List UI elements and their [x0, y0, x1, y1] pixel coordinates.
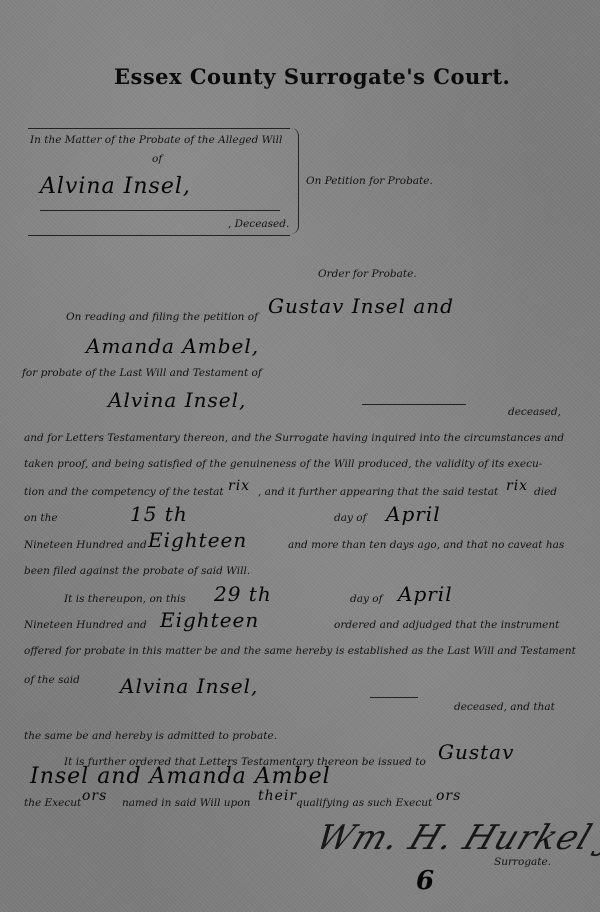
execut-suffix-2: ors: [436, 788, 461, 804]
caption-name-line: [40, 210, 280, 211]
more-than: and more than ten days ago, and that no …: [288, 539, 564, 551]
decedent-name-2: Alvina Insel,: [120, 674, 258, 698]
named: named in said Will upon: [122, 797, 250, 809]
admitted: the same be and hereby is admitted to pr…: [24, 730, 277, 742]
probate-of: for probate of the Last Will and Testame…: [22, 367, 262, 379]
court-title: Essex County Surrogate's Court.: [114, 64, 510, 89]
order-month: April: [398, 582, 453, 606]
p1-line-c2: , and it further appearing that the said…: [258, 486, 498, 498]
execut-suffix-1: ors: [82, 788, 107, 804]
ordered: ordered and adjudged that the instrument: [334, 619, 559, 631]
decedent-name-1: Alvina Insel,: [108, 388, 246, 412]
nineteen-hundred-2: Nineteen Hundred and: [24, 619, 147, 631]
death-month: April: [386, 502, 441, 526]
day-of-2: day of: [350, 593, 382, 605]
name-line-1: [362, 404, 466, 405]
surrogate-signature: Wm. H. Hurkel Jr.: [311, 818, 600, 858]
caption-line1: In the Matter of the Probate of the Alle…: [30, 134, 282, 146]
caption-decedent-name: Alvina Insel,: [40, 174, 191, 199]
testat-suffix-2: rix: [506, 478, 528, 494]
execut-1: the Execut: [24, 797, 81, 809]
order-day: 29 th: [214, 582, 272, 606]
petition-intro: On reading and filing the petition of: [66, 311, 258, 323]
day-of-1: day of: [334, 512, 366, 524]
surrogate-title: Surrogate.: [494, 856, 551, 868]
p1-line-a: and for Letters Testamentary thereon, an…: [24, 432, 564, 444]
deceased-and-that: deceased, and that: [454, 701, 555, 713]
on-the: on the: [24, 512, 58, 524]
caption-of: of: [152, 153, 162, 165]
deceased-1: deceased,: [508, 406, 561, 418]
caption-deceased: , Deceased.: [228, 218, 289, 230]
death-day: 15 th: [130, 502, 188, 526]
petitioners-line2: Amanda Ambel,: [86, 334, 259, 358]
order-heading: Order for Probate.: [318, 268, 417, 280]
executors-line2: Insel and Amanda Ambel: [30, 764, 331, 789]
p1-line-b: taken proof, and being satisfied of the …: [24, 458, 542, 470]
death-year: Eighteen: [148, 528, 247, 552]
p2-line-b: offered for probate in this matter be an…: [24, 645, 576, 657]
their: their: [258, 788, 297, 804]
petitioners-line1: Gustav Insel and: [268, 294, 454, 318]
petition-label: On Petition for Probate.: [306, 175, 433, 187]
caption-brace: [288, 128, 299, 234]
name-line-2: [370, 697, 418, 698]
p2-intro: It is thereupon, on this: [64, 593, 186, 605]
nineteen-hundred-1: Nineteen Hundred and: [24, 539, 147, 551]
been-filed: been filed against the probate of said W…: [24, 565, 250, 577]
page-mark: 6: [416, 866, 435, 896]
qualifying: qualifying as such Execut: [296, 797, 432, 809]
of-the-said: of the said: [24, 674, 80, 686]
p1-line-c1: tion and the competency of the testat: [24, 486, 224, 498]
testat-suffix-1: rix: [228, 478, 250, 494]
p1-line-c3: died: [534, 486, 557, 498]
executors-line1: Gustav: [438, 740, 514, 764]
order-year: Eighteen: [160, 608, 259, 632]
